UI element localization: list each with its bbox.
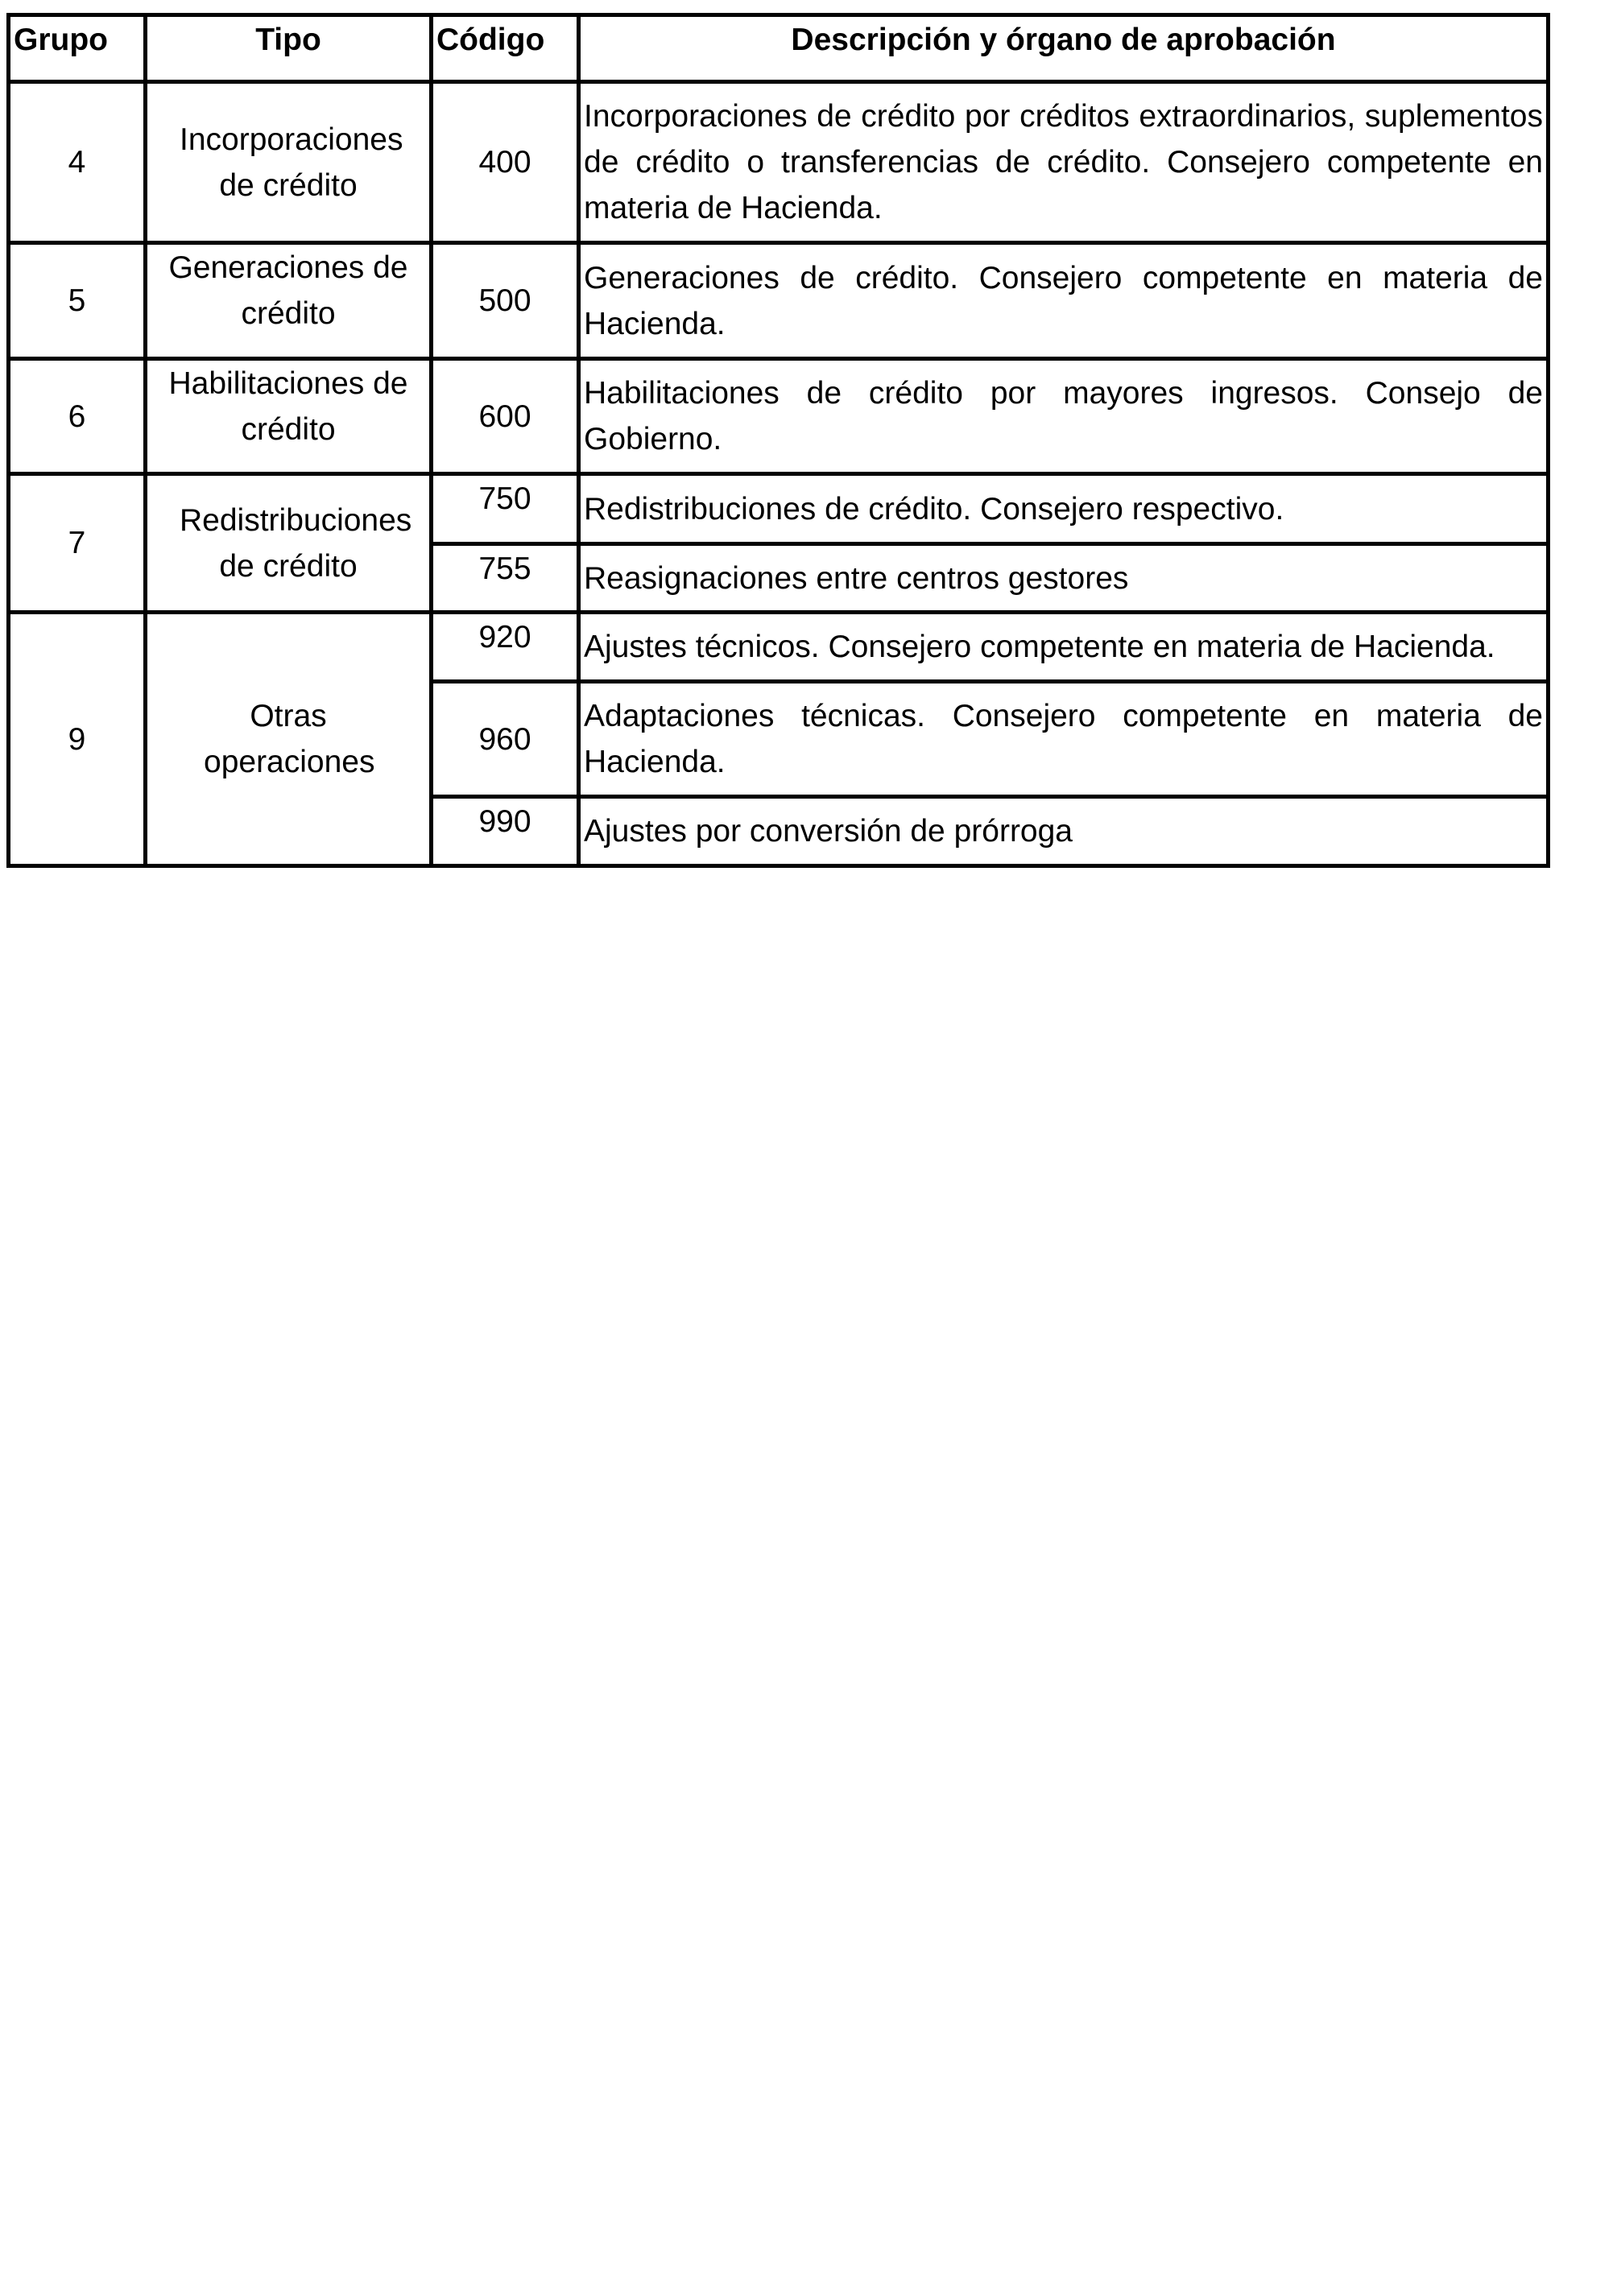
codigo-cell: 990 [432, 797, 579, 866]
descripcion-cell: Habilitaciones de crédito por mayores in… [579, 359, 1549, 474]
table-row: 4 Incorporaciones de crédito 400 Incorpo… [9, 82, 1549, 243]
header-descripcion: Descripción y órgano de aprobación [579, 15, 1549, 82]
codigo-cell: 920 [432, 613, 579, 682]
table-row: 5 Generaciones de crédito 500 Generacion… [9, 243, 1549, 359]
tipo-cell: Incorporaciones de crédito [146, 82, 432, 243]
table-row: 6 Habilitaciones de crédito 600 Habilita… [9, 359, 1549, 474]
descripcion-cell: Incorporaciones de crédito por créditos … [579, 82, 1549, 243]
grupo-cell: 9 [9, 613, 146, 866]
modifications-table: Grupo Tipo Código Descripción y órgano d… [6, 13, 1550, 868]
grupo-cell: 4 [9, 82, 146, 243]
descripcion-cell: Adaptaciones técnicas. Consejero compete… [579, 682, 1549, 797]
descripcion-cell: Redistribuciones de crédito. Consejero r… [579, 474, 1549, 544]
grupo-cell: 6 [9, 359, 146, 474]
header-grupo: Grupo [9, 15, 146, 82]
grupo-cell: 5 [9, 243, 146, 359]
descripcion-cell: Generaciones de crédito. Consejero compe… [579, 243, 1549, 359]
header-row: Grupo Tipo Código Descripción y órgano d… [9, 15, 1549, 82]
codigo-cell: 755 [432, 544, 579, 613]
codigo-cell: 400 [432, 82, 579, 243]
codigo-cell: 600 [432, 359, 579, 474]
codigo-cell: 500 [432, 243, 579, 359]
descripcion-cell: Ajustes técnicos. Consejero competente e… [579, 613, 1549, 682]
table-row: 7 Redistribuciones de crédito 750 Redist… [9, 474, 1549, 544]
codigo-cell: 750 [432, 474, 579, 544]
grupo-cell: 7 [9, 474, 146, 613]
header-tipo: Tipo [146, 15, 432, 82]
tipo-cell: Generaciones de crédito [146, 243, 432, 359]
tipo-cell: Otras operaciones [146, 613, 432, 866]
tipo-cell: Habilitaciones de crédito [146, 359, 432, 474]
header-codigo: Código [432, 15, 579, 82]
tipo-cell: Redistribuciones de crédito [146, 474, 432, 613]
descripcion-cell: Ajustes por conversión de prórroga [579, 797, 1549, 866]
table-row: 9 Otras operaciones 920 Ajustes técnicos… [9, 613, 1549, 682]
codigo-cell: 960 [432, 682, 579, 797]
descripcion-cell: Reasignaciones entre centros gestores [579, 544, 1549, 613]
